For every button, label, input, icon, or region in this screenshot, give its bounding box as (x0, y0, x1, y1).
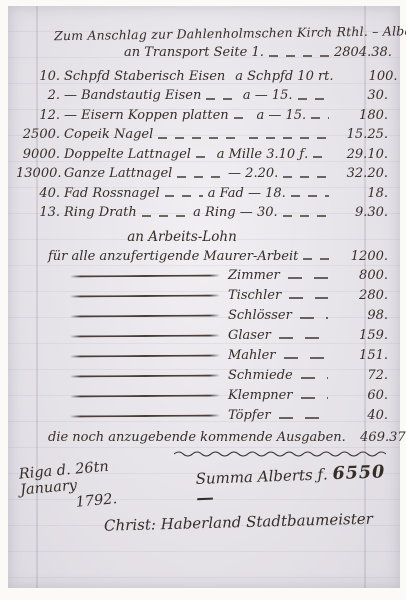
material-unit-price: — 2.20. (228, 164, 278, 184)
dash-line (279, 337, 328, 339)
trade-label: Tischler (228, 286, 281, 306)
material-row: 2500. Copeik Nagel 15.25. (16, 125, 388, 145)
material-row: 13. Ring Drath a Ring — 30. 9.30. (16, 203, 388, 223)
material-amount: 9.30. (334, 203, 388, 223)
material-amount: 30. (334, 86, 388, 106)
estimate-title: Zum Anschlag zur Dahlenholmschen Kirch R… (54, 24, 376, 43)
trade-label: Töpfer (228, 406, 271, 426)
place-date: Riga d. 26tn January 1792. (18, 453, 172, 515)
dash-fill (303, 258, 329, 260)
materials-list: 10. Schpfd Staberisch Eisen a Schpfd 10 … (16, 67, 388, 223)
dash-fill (283, 176, 329, 178)
dash-fill (196, 156, 212, 158)
trade-row: Glaser 159. (70, 326, 388, 346)
summa-label: Summa Alberts ƒ. (195, 465, 328, 488)
labor-maurer-label: für alle anzufertigende Maurer-Arbeit (48, 247, 298, 267)
material-quantity: 2500. (16, 125, 64, 145)
trade-label: Mahler (228, 346, 276, 366)
material-quantity: 40. (16, 184, 64, 204)
dash-fill (269, 55, 329, 57)
trade-amount: 72. (334, 366, 388, 386)
material-quantity: 2. (16, 86, 64, 106)
material-quantity: 9000. (16, 145, 64, 165)
swash-line (70, 395, 220, 398)
remaining-expenses-label: die noch anzugebende kommende Ausgaben. (48, 428, 346, 448)
trade-amount: 280. (334, 286, 388, 306)
trade-label: Zimmer (228, 266, 280, 286)
material-description: Ganze Lattnagel (64, 164, 172, 184)
dash-line (289, 297, 328, 299)
trade-row: Schmiede 72. (70, 366, 388, 386)
material-description: Schpfd Staberisch Eisen (64, 67, 225, 87)
material-description: Doppelte Lattnagel (64, 145, 191, 165)
trade-row: Schlösser 98. (70, 306, 388, 326)
swash-line (70, 415, 220, 418)
labor-section-heading: an Arbeits-Lohn (14, 229, 350, 245)
material-amount: 180. (334, 106, 388, 126)
material-unit-price: a Fad — 18. (208, 184, 286, 204)
swash-line (70, 275, 220, 278)
trade-label: Klempner (228, 386, 293, 406)
trade-label: Schmiede (228, 366, 293, 386)
trades-list: Zimmer 800. Tischler 280. Schlösser 98. (70, 266, 388, 426)
summa-row: Summa Alberts ƒ. 6550 — (169, 462, 390, 513)
transport-label: an Transport Seite 1. (124, 43, 264, 63)
dash-fill (158, 137, 238, 139)
dash-fill (249, 137, 329, 139)
trade-row: Zimmer 800. (70, 266, 388, 286)
trade-amount: 800. (334, 266, 388, 286)
swash-line (70, 335, 220, 338)
material-row: 2. — Bandstautig Eisen a — 15. 30. (16, 86, 388, 106)
material-amount: 100. (344, 67, 398, 87)
trade-row: Mahler 151. (70, 346, 388, 366)
remaining-expenses-row: die noch anzugebende kommende Ausgaben. … (48, 428, 388, 448)
trade-amount: 98. (334, 306, 388, 326)
swash-line (70, 355, 220, 358)
material-description: — Eisern Koppen platten (64, 106, 229, 126)
dash-fill (291, 195, 329, 197)
swash-line (70, 315, 220, 318)
trade-row: Klempner 60. (70, 386, 388, 406)
trade-label: Glaser (228, 326, 271, 346)
material-unit-price: a — 15. (256, 106, 306, 126)
material-amount: 29.10. (334, 145, 388, 165)
dash-line (300, 317, 328, 319)
material-description: Ring Drath (64, 203, 137, 223)
material-amount: 18. (334, 184, 388, 204)
material-unit-price: a Mille 3.10 ƒ. (217, 145, 309, 165)
labor-maurer-row: für alle anzufertigende Maurer-Arbeit 12… (48, 247, 388, 267)
material-row: 9000. Doppelte Lattnagel a Mille 3.10 ƒ.… (16, 145, 388, 165)
manuscript-page: Zum Anschlag zur Dahlenholmschen Kirch R… (8, 6, 400, 588)
material-description: — Bandstautig Eisen (64, 86, 201, 106)
trade-amount: 159. (334, 326, 388, 346)
material-description: Copeik Nagel (64, 125, 153, 145)
material-amount: 32.20. (334, 164, 388, 184)
trade-amount: 151. (334, 346, 388, 366)
dash-fill (206, 98, 237, 100)
swash-line (70, 375, 220, 378)
trade-label: Schlösser (228, 306, 292, 326)
dash-line (284, 357, 329, 359)
dash-line (301, 397, 329, 399)
labor-maurer-amount: 1200. (334, 247, 388, 267)
material-quantity: 10. (16, 67, 64, 87)
material-row: 10. Schpfd Staberisch Eisen a Schpfd 10 … (16, 67, 388, 87)
dash-fill (177, 176, 223, 178)
material-quantity: 13. (16, 203, 64, 223)
dash-fill (298, 98, 329, 100)
material-row: 13000. Ganze Lattnagel — 2.20. 32.20. (16, 164, 388, 184)
transport-row: an Transport Seite 1. 2804.38. (124, 43, 388, 63)
material-amount: 15.25. (334, 125, 388, 145)
trade-amount: 40. (334, 406, 388, 426)
material-description: Fad Rossnagel (64, 184, 160, 204)
material-unit-price: a Schpfd 10 rt. (235, 67, 333, 87)
dash-fill (165, 195, 203, 197)
trade-amount: 60. (334, 386, 388, 406)
transport-amount: 2804.38. (334, 43, 388, 63)
material-unit-price: a Ring — 30. (193, 203, 277, 223)
material-quantity: 12. (16, 106, 64, 126)
wavy-divider (174, 450, 386, 458)
dash-fill (142, 215, 188, 217)
trade-row: Tischler 280. (70, 286, 388, 306)
dash-fill (313, 156, 329, 158)
signature-line: Christ: Haberland Stadtbaumeister (104, 509, 386, 534)
dash-line (301, 377, 328, 379)
dash-fill (311, 117, 329, 119)
material-quantity: 13000. (16, 164, 64, 184)
dash-line (279, 417, 328, 419)
trade-row: Töpfer 40. (70, 406, 388, 426)
dash-line (288, 277, 328, 279)
swash-line (70, 295, 220, 298)
dash-fill (234, 117, 252, 119)
dash-fill (283, 215, 329, 217)
footer-block: Riga d. 26tn January 1792. Summa Alberts… (14, 460, 390, 509)
material-row: 40. Fad Rossnagel a Fad — 18. 18. (16, 184, 388, 204)
material-unit-price: a — 15. (243, 86, 293, 106)
document-photo: Zum Anschlag zur Dahlenholmschen Kirch R… (0, 0, 406, 600)
material-row: 12. — Eisern Koppen platten a — 15. 180. (16, 106, 388, 126)
